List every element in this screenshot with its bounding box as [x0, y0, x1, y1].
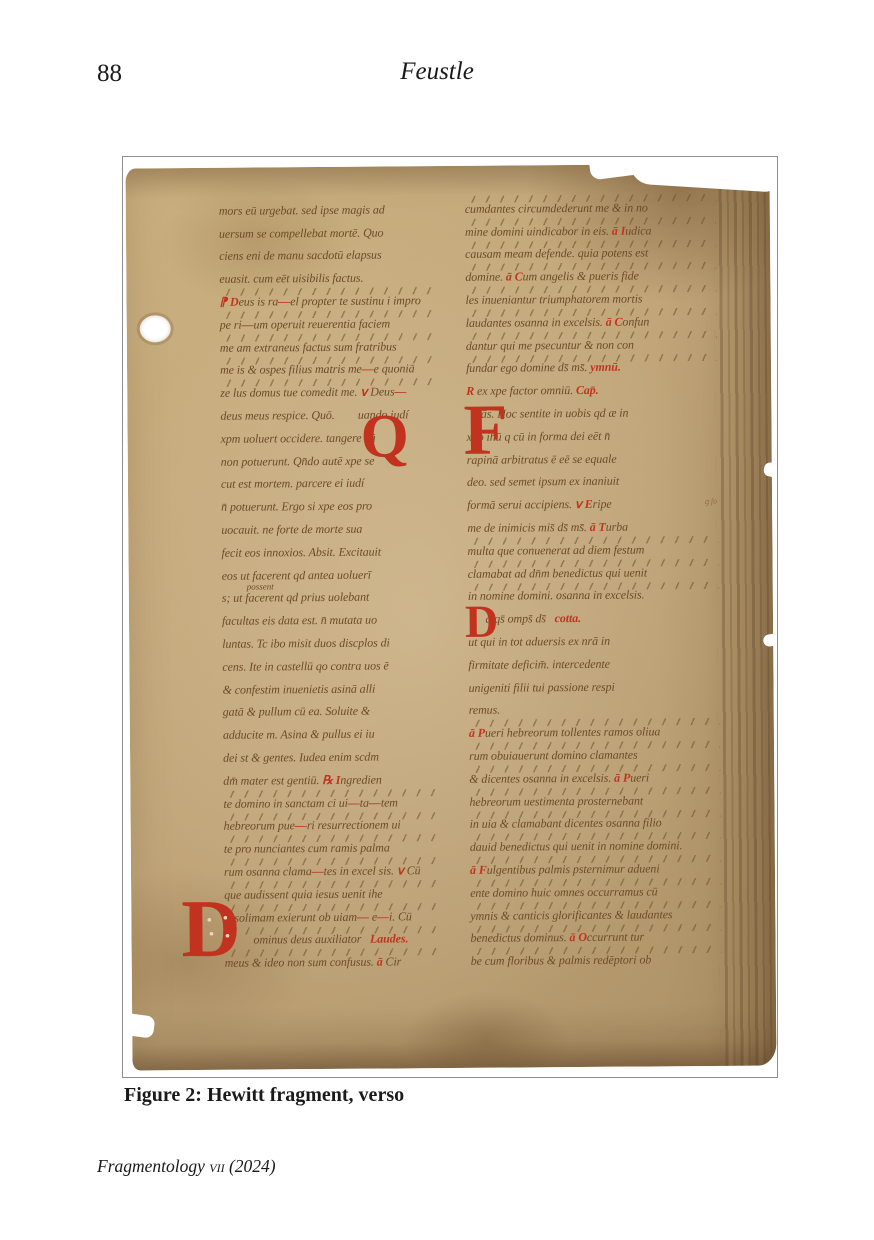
- manuscript-line: xpm uoluert occidere. tangere eū: [220, 422, 470, 447]
- manuscript-line: les inueniantur triumphatorem mortis: [465, 283, 757, 308]
- manuscript-line: fecit eos innoxios. Absit. Excitauit: [221, 536, 471, 561]
- manuscript-line: ā Fulgentibus palmis psternimur adueni: [470, 853, 762, 878]
- manuscript-line: rum osanna clama—tes in excel sis. ⅴ Cū: [224, 855, 474, 880]
- rubric-text: ā O: [569, 930, 586, 945]
- manuscript-line: cens. Ite in castellū qo contra uos ē: [222, 650, 472, 675]
- manuscript-line: a qs̄ omps̄ ds̄ cotta.: [468, 602, 760, 627]
- manuscript-line: eos ut facerent qd antea uoluerī: [222, 559, 472, 584]
- journal-footer: Fragmentology vii (2024): [97, 1156, 276, 1177]
- manuscript-line: rapinā arbitratus ē eē se equale: [467, 442, 759, 467]
- rubric-text: ⅴ E: [575, 497, 593, 512]
- manuscript-line: cumdantes circumdederunt me & in no: [465, 192, 757, 217]
- rubric-text: cotta.: [555, 611, 582, 626]
- manuscript-line: in nomine domini. osanna in excelsis.: [468, 579, 760, 604]
- manuscript-line: & confestim inuenietis asinā alli: [222, 673, 472, 698]
- manuscript-line: fundar ego domine ds̄ ms̄. ymnū.: [466, 351, 758, 376]
- rubric-text: —: [377, 909, 389, 924]
- rubric-text: Cap̄.: [576, 383, 599, 398]
- journal-year: (2024): [225, 1156, 276, 1176]
- parchment-hole: [140, 315, 171, 342]
- figure-frame: mors eū urgebat. sed ipse magis aduersum…: [122, 156, 778, 1078]
- rubric-text: —: [362, 362, 374, 377]
- running-header-author: Feustle: [0, 58, 874, 86]
- rubric-initial-D-collect: D: [465, 602, 499, 641]
- manuscript-line: ymnis & canticis glorificantes & laudant…: [470, 898, 762, 923]
- manuscript-line: n̄ potuerunt. Ergo si xpe eos pro: [221, 490, 471, 515]
- manuscript-line: me de inimicis mis̄ ds̄ ms̄. ā Turba: [467, 511, 759, 536]
- manuscript-line: ominus deus auxiliator Laudes.: [224, 923, 474, 948]
- manuscript-line: firmitate deficim̄. intercedente: [468, 648, 760, 673]
- rubric-text: ā P: [614, 770, 630, 785]
- rubric-initial-F: F: [463, 400, 507, 462]
- manuscript-line: & dicentes osanna in excelsis. ā Pueri: [469, 761, 761, 786]
- rubric-text: ⁋ D: [219, 295, 238, 310]
- manuscript-line: facultas eis data est. n̄ mutata uo: [222, 604, 472, 629]
- manuscript-line: laudantes osanna in excelsis. ā Confun: [466, 306, 758, 331]
- rubric-text: —: [394, 385, 406, 400]
- manuscript-line: deo. sed semet ipsum ex inaniuit: [467, 465, 759, 490]
- rubric-text: ā C: [506, 270, 523, 285]
- rubric-text: ⅴ: [360, 385, 367, 400]
- rubric-text: —: [278, 294, 290, 309]
- rubric-text: ā T: [590, 520, 606, 535]
- manuscript-line: deus meus respice. Quō. uando iudí: [220, 399, 470, 424]
- manuscript-line: cut est mortem. parcere ei iudí: [221, 467, 471, 492]
- manuscript-line: non potuerunt. Qn̄do autē xpe se: [221, 445, 471, 470]
- manuscript-line: dei st & gentes. Iudea enim scdm: [223, 741, 473, 766]
- manuscript-line: ente domino huic omnes occurramus cū: [470, 875, 762, 900]
- rubric-text: ⅴ: [397, 863, 404, 878]
- manuscript-line: be cum floribus & palmis redēptori ob: [471, 944, 763, 969]
- manuscript-line: benedictus dominus. ā Occurrunt tur: [470, 921, 762, 946]
- rubric-text: ā P: [469, 726, 485, 741]
- manuscript-line: te domino in sanctam ci ui—ta—tem: [223, 787, 473, 812]
- interlinear-gloss: possent: [247, 581, 274, 591]
- rubric-text: —: [312, 864, 324, 879]
- journal-volume: vii: [209, 1156, 224, 1176]
- manuscript-line: adducite m. Asina & pullus ei iu: [223, 718, 473, 743]
- manuscript-line: hebreorum pue—ri resurrectionem ui: [224, 809, 474, 834]
- manuscript-line: clamabat ad dn̄m benedictus qui uenit: [468, 556, 760, 581]
- manuscript-line: me am extraneus factus sum fratribus: [220, 331, 470, 356]
- rubric-text: ā I: [612, 223, 625, 238]
- manuscript-line: me is & ospes filius matris me—e quoniā: [220, 353, 470, 378]
- manuscript-line: meus & ideo non sum confusus. ā Cir: [225, 946, 475, 971]
- manuscript-line: rum obuiauerunt domino clamantes: [469, 739, 761, 764]
- manuscript-line: ciens eni de manu sacdotū elapsus: [219, 239, 469, 264]
- journal-title: Fragmentology: [97, 1156, 209, 1176]
- manuscript-line: dm̄ mater est gentiū. ℞ Ingredien: [223, 764, 473, 789]
- rubric-initial-D-laudes: D: [181, 894, 241, 964]
- manuscript-column-right: cumdantes circumdederunt me & in nomine …: [465, 192, 763, 969]
- rubric-text: ā: [377, 955, 383, 970]
- rubric-text: —: [357, 909, 369, 924]
- rubric-text: —: [369, 795, 381, 810]
- rubric-text: —: [241, 317, 253, 332]
- rubric-text: ℞ I: [322, 773, 340, 788]
- manuscript-line: euasit. cum eēt uisibilis factus.: [219, 262, 469, 287]
- manuscript-line: hebreorum uestimenta prosternebant: [469, 784, 761, 809]
- manuscript-line: remus.: [469, 693, 761, 718]
- manuscript-line: domine. ā Cum angelis & pueris fide: [465, 260, 757, 285]
- manuscript-line: te pro nunciantes cum ramis palma: [224, 832, 474, 857]
- manuscript-line: ās. Hoc sentite in uobis qd æ in: [466, 397, 758, 422]
- manuscript-line: que audissent quia iesus uenit ihe: [224, 878, 474, 903]
- manuscript-line: causam meam defende. quia potens est: [465, 237, 757, 262]
- manuscript-line: ut qui in tot aduersis ex nrā in: [468, 625, 760, 650]
- rubric-text: ā C: [606, 314, 623, 329]
- rubric-text: ā F: [470, 863, 487, 878]
- manuscript-line: multa que conuenerat ad diem festum: [467, 534, 759, 559]
- manuscript-line: luntas. Tc ibo misit duos discplos di: [222, 627, 472, 652]
- manuscript-line: ā Pueri hebreorum tollentes ramos oliua: [469, 716, 761, 741]
- manuscript-line: gatā & pullum cū ea. Soluite &: [223, 695, 473, 720]
- rubric-text: Laudes.: [370, 932, 408, 947]
- manuscript-line: xpo ihū q cū in forma dei eēt n̄: [466, 420, 758, 445]
- manuscript-line: dauid benedictus qui uenit in nomine dom…: [470, 830, 762, 855]
- manuscript-line: R ex xpe factor omniū. Cap̄.: [466, 374, 758, 399]
- manuscript-line: in uia & clamabant dicentes osanna filio: [470, 807, 762, 832]
- manuscript-line: ze lus domus tue comedit me. ⅴ Deus—: [220, 376, 470, 401]
- parchment-tear: [122, 1012, 155, 1038]
- manuscript-line: pe ri—um operuit reuerentia faciem: [220, 308, 470, 333]
- marginal-scribble: ꝯ ſo: [704, 495, 718, 507]
- rubric-initial-Q: Q: [360, 410, 409, 463]
- manuscript-line: uocauit. ne forte de morte sua: [221, 513, 471, 538]
- manuscript-line: unigeniti filii tui passione respi: [468, 670, 760, 695]
- initial-dot-ornament: [203, 914, 233, 948]
- manuscript-line: ⁋ Deus is ra—el propter te sustinu i imp…: [219, 285, 469, 310]
- manuscript-line: rosolimam exierunt ob uiam— e—i. Cū: [224, 901, 474, 926]
- manuscript-line: mors eū urgebat. sed ipse magis ad: [219, 194, 469, 219]
- rubric-text: ymnū.: [590, 360, 621, 375]
- manuscript-line: mine domini uindicabor in eis. ā Iudica: [465, 214, 757, 239]
- manuscript-photo: mors eū urgebat. sed ipse magis aduersum…: [125, 163, 776, 1070]
- figure-caption: Figure 2: Hewitt fragment, verso: [124, 1084, 404, 1107]
- rubric-text: —: [295, 818, 307, 833]
- rubric-text: —: [348, 795, 360, 810]
- parchment-tear: [629, 156, 778, 193]
- manuscript-line: dantur qui me psecuntur & non con: [466, 328, 758, 353]
- manuscript-line: uersum se compellebat mortē. Quo: [219, 217, 469, 242]
- journal-page: 88 Feustle mors eū urgebat. sed ipse mag…: [0, 0, 874, 1240]
